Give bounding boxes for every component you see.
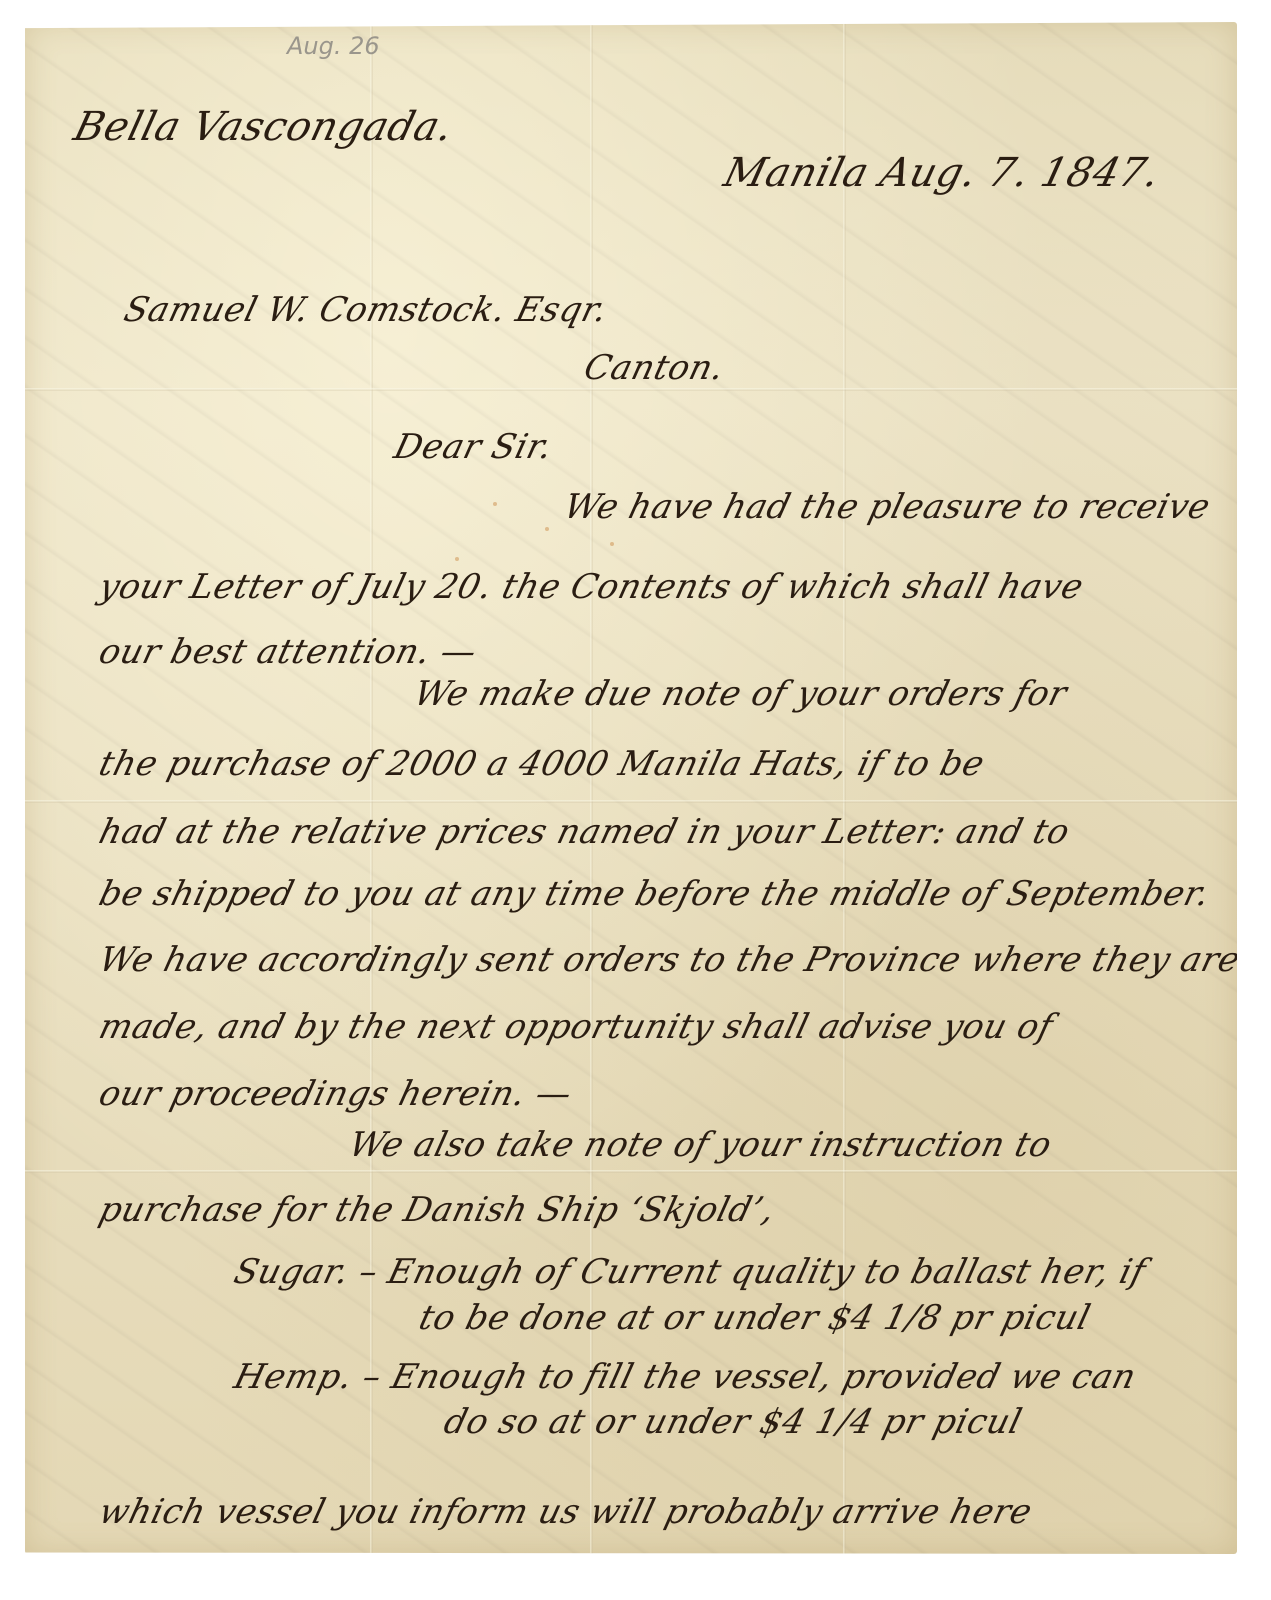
letter-line-hemp: Hemp. – Enough to fill the vessel, provi… — [230, 1357, 1140, 1397]
foxing-spot — [493, 502, 497, 506]
letter-line: which vessel you inform us will probably… — [95, 1492, 1036, 1532]
addressee-location: Canton. — [580, 348, 729, 388]
letter-line: our proceedings herein. — — [95, 1074, 576, 1114]
ship-name: Bella Vascongada. — [69, 104, 458, 150]
letter-line: had at the relative prices named in your… — [95, 812, 1074, 852]
letter-line: your Letter of July 20. the Contents of … — [95, 567, 1088, 607]
letter-line: We have accordingly sent orders to the P… — [95, 940, 1244, 980]
letter-line: We make due note of your orders for — [410, 674, 1071, 714]
letter-line: made, and by the next opportunity shall … — [95, 1007, 1057, 1047]
letter-line: our best attention. — — [95, 632, 481, 672]
fold-line-vertical-1 — [370, 22, 373, 1554]
fold-line-horizontal-2 — [25, 800, 1237, 803]
letter-line: be shipped to you at any time before the… — [95, 874, 1214, 914]
letter-line: We also take note of your instruction to — [345, 1125, 1056, 1165]
foxing-spot — [455, 557, 459, 561]
letter-line: purchase for the Danish Ship ‘Skjold’, — [95, 1190, 779, 1230]
foxing-spot — [545, 527, 549, 531]
letter-line: the purchase of 2000 a 4000 Manila Hats,… — [95, 744, 989, 784]
place-and-date: Manila Aug. 7. 1847. — [719, 150, 1164, 196]
letter-line: to be done at or under $4 1/8 pr picul — [415, 1298, 1095, 1338]
fold-line-horizontal-3 — [25, 1170, 1237, 1173]
fold-line-horizontal-1 — [25, 388, 1237, 391]
letter-line: We have had the pleasure to receive — [560, 487, 1214, 527]
foxing-spot — [610, 542, 614, 546]
letter-line-sugar: Sugar. – Enough of Current quality to ba… — [230, 1252, 1150, 1292]
salutation: Dear Sir. — [390, 427, 557, 467]
pencil-annotation: Aug. 26 — [287, 32, 380, 60]
addressee-name: Samuel W. Comstock. Esqr. — [120, 290, 612, 330]
letter-line: do so at or under $4 1/4 pr picul — [440, 1402, 1026, 1442]
letter-paper: Aug. 26 Bella Vascongada. Manila Aug. 7.… — [25, 22, 1237, 1554]
